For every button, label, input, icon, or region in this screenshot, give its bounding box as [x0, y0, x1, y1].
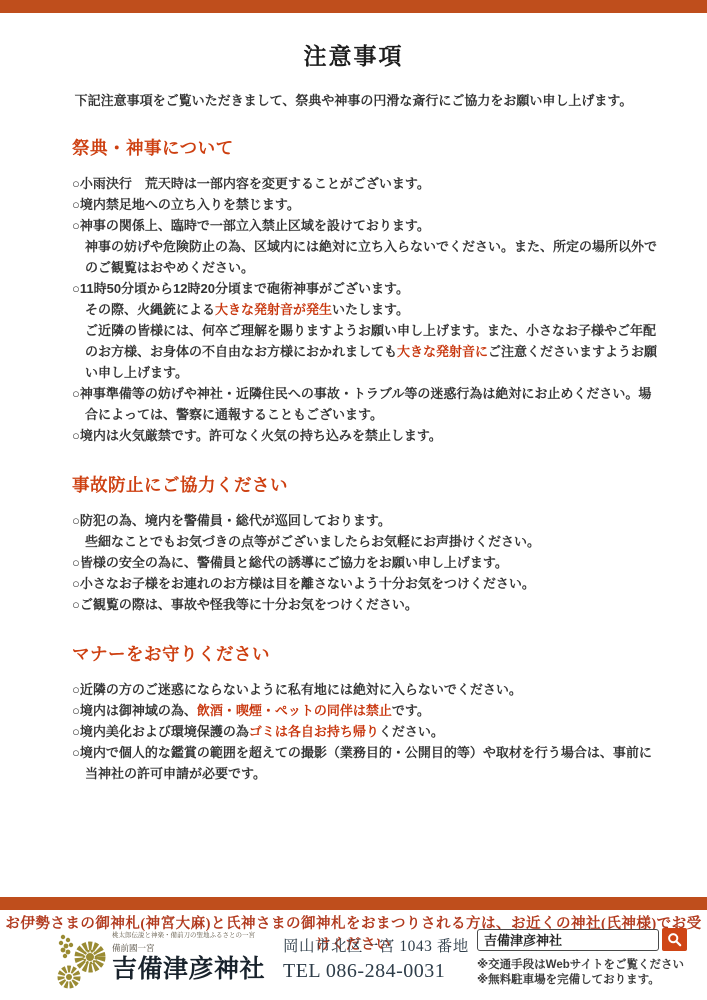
circle-bullet-icon: ○	[72, 428, 80, 443]
body-text: 些細なことでもお気づきの点等がございましたらお気軽にお声掛けください。	[85, 534, 540, 549]
emphasis-text: 飲酒・喫煙・ペットの同伴は禁止	[197, 703, 392, 718]
list-item: ○皆様の安全の為に、警備員と総代の誘導にご協力をお願い申し上げます。	[72, 552, 658, 573]
circle-bullet-icon: ○	[72, 197, 80, 212]
body-text: 小雨決行 荒天時は一部内容を変更することがございます。	[80, 176, 430, 191]
circle-bullet-icon: ○	[72, 682, 80, 697]
item-text: ○小さなお子様をお連れのお方様は目を離さないよう十分お気をつけください。	[72, 573, 658, 594]
shrine-tel: TEL 086-284-0031	[283, 959, 469, 983]
item-text: ○境内美化および環境保護の為ゴミは各自お持ち帰りください。	[72, 721, 658, 742]
top-bar	[0, 0, 707, 13]
body-text: 境内禁足地への立ち入りを禁じます。	[80, 197, 300, 212]
body-text: 小さなお子様をお連れのお方様は目を離さないよう十分お気をつけください。	[80, 576, 535, 591]
shrine-slogan: 桃太郎伝説と神楽・備前刀の聖地ふるさとの一宮	[112, 930, 265, 939]
item-text: ○11時50分頃から12時20分頃まで砲術神事がございます。	[72, 278, 658, 299]
circle-bullet-icon: ○	[72, 281, 80, 296]
list-item: ○境内は御神域の為、飲酒・喫煙・ペットの同伴は禁止です。	[72, 700, 658, 721]
list-item: ○境内で個人的な鑑賞の範囲を超えての撮影（業務目的・公開目的等）や取材を行う場合…	[72, 742, 658, 784]
circle-bullet-icon: ○	[72, 555, 80, 570]
body-text: 神事準備等の妨げや神社・近隣住民への事故・トラブル等の迷惑行為は絶対にお止めくだ…	[80, 386, 651, 422]
circle-bullet-icon: ○	[72, 176, 80, 191]
item-text: ○境内禁足地への立ち入りを禁じます。	[72, 194, 658, 215]
shrine-identity: 桃太郎伝説と神楽・備前刀の聖地ふるさとの一宮 備前國一宮 吉備津彦神社	[112, 930, 265, 985]
circle-bullet-icon: ○	[72, 513, 80, 528]
item-text: ○防犯の為、境内を警備員・総代が巡回しております。	[72, 510, 658, 531]
item-text: ○境内は火気厳禁です。許可なく火気の持ち込みを禁止します。	[72, 425, 658, 446]
sections: 祭典・神事について○小雨決行 荒天時は一部内容を変更することがございます。○境内…	[0, 135, 707, 784]
item-text: ○皆様の安全の為に、警備員と総代の誘導にご協力をお願い申し上げます。	[72, 552, 658, 573]
item-text-continued: ご近隣の皆様には、何卒ご理解を賜りますようお願い申し上げます。また、小さなお子様…	[72, 320, 658, 383]
body-text: 神事の妨げや危険防止の為、区域内には絶対に立ち入らないでください。また、所定の場…	[85, 239, 657, 275]
section-heading: 祭典・神事について	[72, 135, 658, 160]
item-text: ○神事準備等の妨げや神社・近隣住民への事故・トラブル等の迷惑行為は絶対にお止めく…	[72, 383, 658, 425]
note-line: ※無料駐車場を完備しております。	[477, 973, 692, 988]
body-text: です。	[392, 703, 430, 718]
list-item: ○境内は火気厳禁です。許可なく火気の持ち込みを禁止します。	[72, 425, 658, 446]
emphasis-text: 大きな発射音に	[397, 344, 488, 359]
magnifier-icon	[667, 932, 682, 947]
section-heading: マナーをお守りください	[72, 641, 658, 666]
circle-bullet-icon: ○	[72, 724, 80, 739]
list-item: ○防犯の為、境内を警備員・総代が巡回しております。些細なことでもお気づきの点等が…	[72, 510, 658, 552]
item-text-continued: 神事の妨げや危険防止の為、区域内には絶対に立ち入らないでください。また、所定の場…	[72, 236, 658, 278]
item-text: ○小雨決行 荒天時は一部内容を変更することがございます。	[72, 173, 658, 194]
footer-notes: ※交通手段はWebサイトをご覧ください※無料駐車場を完備しております。	[477, 958, 692, 987]
list-item: ○神事の関係上、臨時で一部立入禁止区域を設けております。神事の妨げや危険防止の為…	[72, 215, 658, 278]
search-input[interactable]	[477, 929, 659, 951]
item-text: ○ご観覧の際は、事故や怪我等に十分お気をつけください。	[72, 594, 658, 615]
footer: お伊勢さまの御神札(神宮大麻)と氏神さまの御神札をおまつりされる方は、お近くの神…	[0, 897, 707, 1000]
circle-bullet-icon: ○	[72, 703, 80, 718]
circle-bullet-icon: ○	[72, 218, 80, 233]
item-text: ○境内は御神域の為、飲酒・喫煙・ペットの同伴は禁止です。	[72, 700, 658, 721]
circle-bullet-icon: ○	[72, 597, 80, 612]
body-text: 皆様の安全の為に、警備員と総代の誘導にご協力をお願い申し上げます。	[80, 555, 508, 570]
body-text: 防犯の為、境内を警備員・総代が巡回しております。	[80, 513, 391, 528]
footer-band	[0, 897, 707, 910]
chrysanthemum-crest-icon	[56, 933, 108, 996]
circle-bullet-icon: ○	[72, 386, 80, 401]
list-item: ○境内禁足地への立ち入りを禁じます。	[72, 194, 658, 215]
list-item: ○神事準備等の妨げや神社・近隣住民への事故・トラブル等の迷惑行為は絶対にお止めく…	[72, 383, 658, 425]
contact-block: 岡山市北区一宮 1043 番地 TEL 086-284-0031	[283, 938, 469, 983]
body-text: 神事の関係上、臨時で一部立入禁止区域を設けております。	[80, 218, 430, 233]
circle-bullet-icon: ○	[72, 576, 80, 591]
body-text: いたします。	[332, 302, 409, 317]
shrine-address: 岡山市北区一宮 1043 番地	[283, 938, 469, 956]
emphasis-text: 大きな発射音が発生	[215, 302, 332, 317]
list-item: ○ご観覧の際は、事故や怪我等に十分お気をつけください。	[72, 594, 658, 615]
body-text: 境内で個人的な鑑賞の範囲を超えての撮影（業務目的・公開目的等）や取材を行う場合は…	[80, 745, 652, 781]
item-text: ○境内で個人的な鑑賞の範囲を超えての撮影（業務目的・公開目的等）や取材を行う場合…	[72, 742, 658, 784]
body-text: 境内は御神域の為、	[80, 703, 197, 718]
notice-document: 注意事項 下記注意事項をご覧いただきまして、祭典や神事の円滑な斎行にご協力をお願…	[0, 13, 707, 784]
page-title: 注意事項	[0, 38, 707, 71]
item-text-continued: 些細なことでもお気づきの点等がございましたらお気軽にお声掛けください。	[72, 531, 658, 552]
list-item: ○近隣の方のご迷惑にならないように私有地には絶対に入らないでください。	[72, 679, 658, 700]
list-item: ○小さなお子様をお連れのお方様は目を離さないよう十分お気をつけください。	[72, 573, 658, 594]
body-text: 境内美化および環境保護の為	[80, 724, 249, 739]
list-item: ○11時50分頃から12時20分頃まで砲術神事がございます。その際、火縄銃による…	[72, 278, 658, 383]
body-text: ご観覧の際は、事故や怪我等に十分お気をつけください。	[80, 597, 418, 612]
shrine-rank: 備前國一宮	[112, 942, 265, 954]
search-block: ※交通手段はWebサイトをご覧ください※無料駐車場を完備しております。	[477, 928, 692, 987]
body-text: 近隣の方のご迷惑にならないように私有地には絶対に入らないでください。	[80, 682, 522, 697]
shrine-name: 吉備津彦神社	[112, 955, 265, 985]
body-text: その際、火縄銃による	[85, 302, 215, 317]
note-line: ※交通手段はWebサイトをご覧ください	[477, 958, 692, 973]
circle-bullet-icon: ○	[72, 745, 80, 760]
section-heading: 事故防止にご協力ください	[72, 472, 658, 497]
item-text: ○近隣の方のご迷惑にならないように私有地には絶対に入らないでください。	[72, 679, 658, 700]
item-text-continued: その際、火縄銃による大きな発射音が発生いたします。	[72, 299, 658, 320]
body-text: 11時50分頃から12時20分頃まで砲術神事がございます。	[80, 281, 409, 296]
list-item: ○境内美化および環境保護の為ゴミは各自お持ち帰りください。	[72, 721, 658, 742]
intro-text: 下記注意事項をご覧いただきまして、祭典や神事の円滑な斎行にご協力をお願い申し上げ…	[0, 90, 707, 109]
body-text: 境内は火気厳禁です。許可なく火気の持ち込みを禁止します。	[80, 428, 442, 443]
body-text: ください。	[379, 724, 444, 739]
page-root: { "colors": { "accent": "#bf4e1c", "head…	[0, 0, 707, 1000]
emphasis-text: ゴミは各自お持ち帰り	[249, 724, 379, 739]
search-button[interactable]	[662, 928, 687, 951]
item-text: ○神事の関係上、臨時で一部立入禁止区域を設けております。	[72, 215, 658, 236]
list-item: ○小雨決行 荒天時は一部内容を変更することがございます。	[72, 173, 658, 194]
